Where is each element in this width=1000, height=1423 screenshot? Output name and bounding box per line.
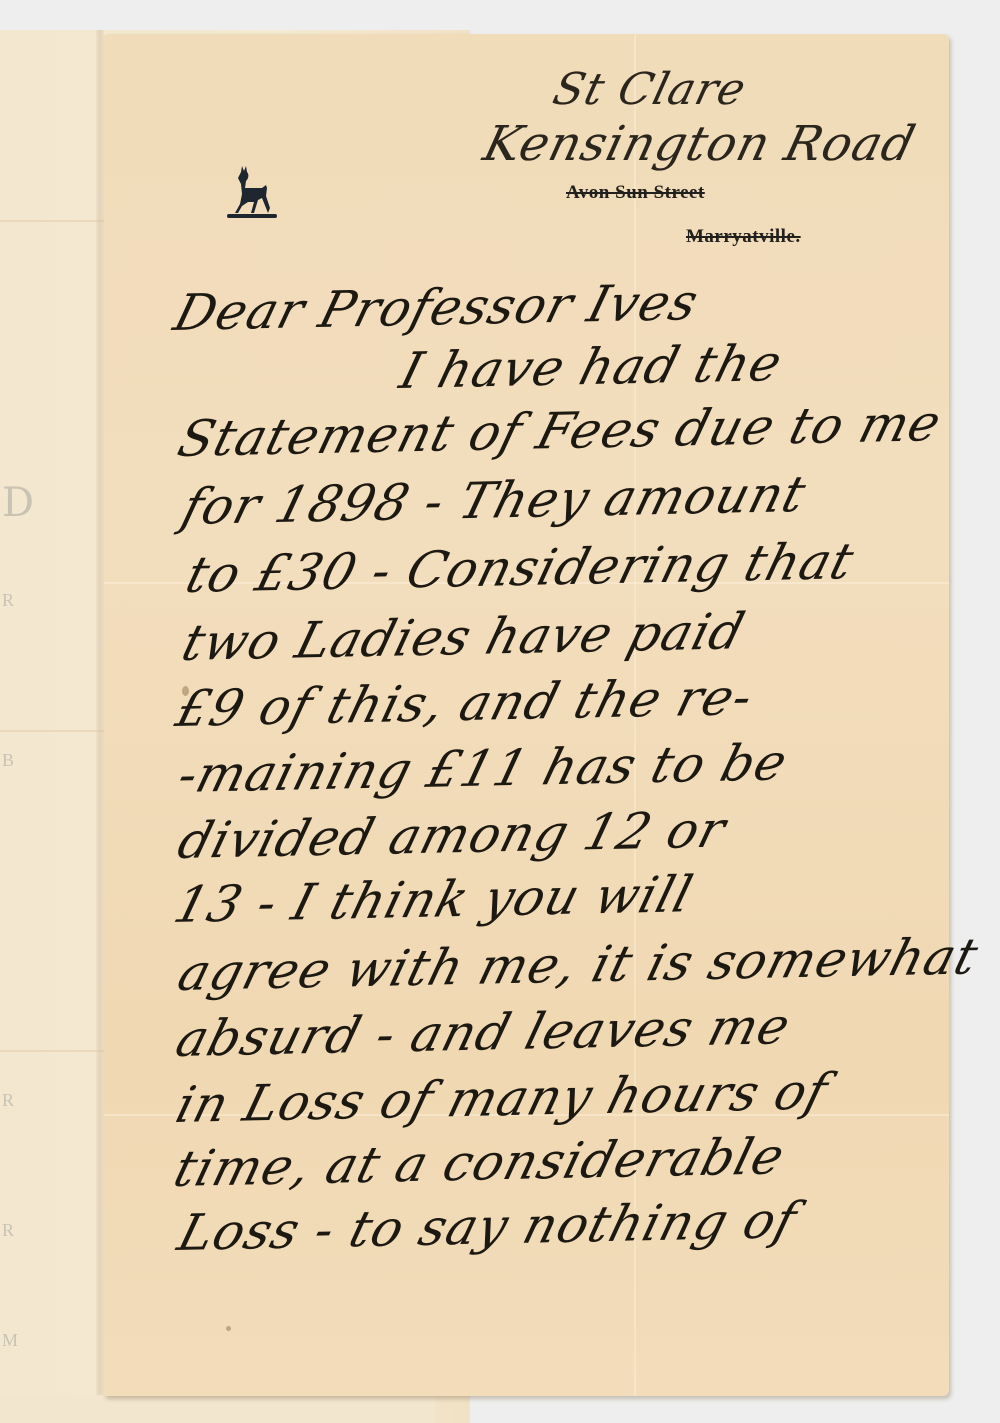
underlying-page-bottom-edge (0, 1395, 435, 1423)
salutation: Dear Professor Ives (168, 273, 705, 342)
body-line: divided among 12 or (172, 801, 732, 870)
body-line: £9 of this, and the re- (170, 668, 760, 738)
body-line: I have had the (394, 334, 789, 400)
body-line: two Ladies have paid (176, 602, 751, 672)
paper-spot (226, 1326, 231, 1331)
bleed-through-text: R (2, 590, 15, 611)
bleed-through-text: M (2, 1330, 19, 1351)
bleed-through-text: D (2, 480, 35, 526)
address-line-road: Kensington Road (478, 116, 921, 172)
stag-crest-icon (224, 164, 280, 220)
printed-address-street-struck: Avon Sun Street (566, 182, 705, 204)
address-line-house: St Clare (548, 64, 752, 115)
vertical-fold (96, 30, 104, 1423)
bleed-through-text: R (2, 1090, 15, 1111)
printed-address-town-struck: Marryatville. (686, 226, 801, 248)
bleed-through-text: R (2, 1220, 15, 1241)
body-line: 13 - I think you will (168, 865, 699, 934)
bleed-through-text: B (2, 750, 15, 771)
